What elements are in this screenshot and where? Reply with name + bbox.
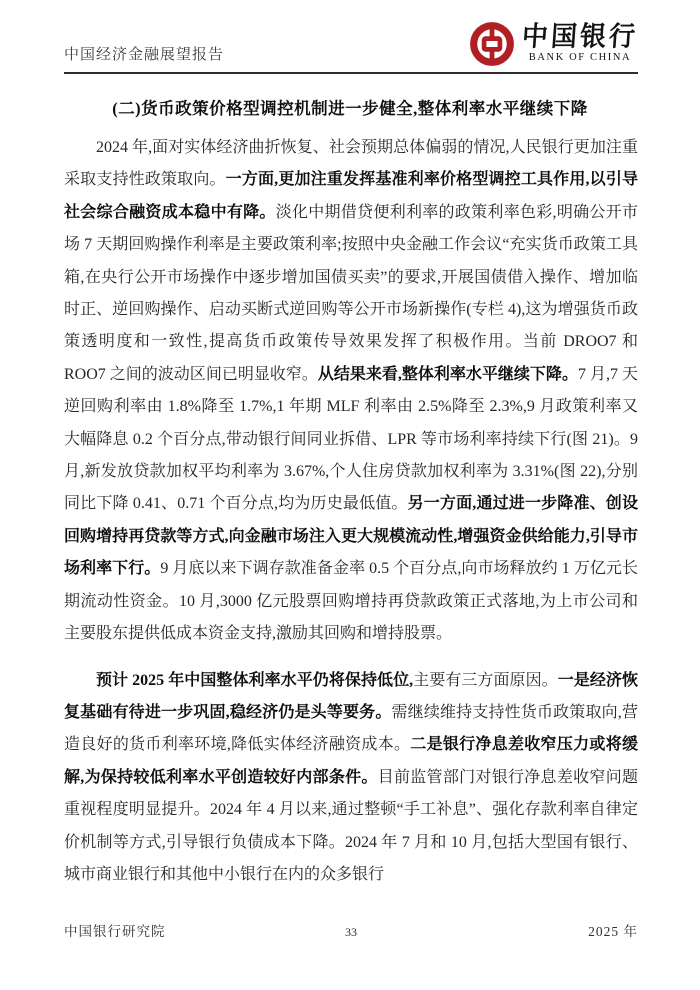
paragraph: 2024 年,面对实体经济曲折恢复、社会预期总体偏弱的情况,人民银行更加注重采取… xyxy=(64,132,638,651)
boc-logo-wordmark: 中国银行 BANK OF CHINA xyxy=(522,24,638,64)
footer-page-number: 33 xyxy=(345,925,357,940)
boc-logo-cn-name: 中国银行 xyxy=(521,24,639,51)
page-header: 中国经济金融展望报告 中国银行 BANK OF CHINA xyxy=(0,0,700,72)
boc-logo: 中国银行 BANK OF CHINA xyxy=(469,21,638,67)
report-title: 中国经济金融展望报告 xyxy=(64,43,224,67)
section-heading: (二)货币政策价格型调控机制进一步健全,整体利率水平继续下降 xyxy=(62,95,638,119)
footer-institute: 中国银行研究院 xyxy=(64,920,345,940)
text-segment: 主要有三方面原因。 xyxy=(413,672,558,689)
page-footer: 中国银行研究院 33 2025 年 xyxy=(64,920,638,940)
bold-text-segment: 从结果来看,整体利率水平继续下降。 xyxy=(318,366,578,383)
boc-coin-icon xyxy=(469,21,515,67)
footer-year: 2025 年 xyxy=(357,920,638,940)
header-divider xyxy=(64,72,638,74)
text-segment: 7 月,7 天逆回购利率由 1.8%降至 1.7%,1 年期 MLF 利率由 2… xyxy=(64,366,638,513)
body-text: 2024 年,面对实体经济曲折恢复、社会预期总体偏弱的情况,人民银行更加注重采取… xyxy=(0,132,700,891)
bold-text-segment: 预计 2025 年中国整体利率水平仍将保持低位, xyxy=(96,672,413,689)
boc-logo-en-name: BANK OF CHINA xyxy=(529,53,631,64)
document-page: 中国经济金融展望报告 中国银行 BANK OF CHINA (二)货币政策价格型… xyxy=(0,0,700,990)
paragraph: 预计 2025 年中国整体利率水平仍将保持低位,主要有三方面原因。一是经济恢复基… xyxy=(64,665,638,892)
text-segment: 淡化中期借贷便利利率的政策利率色彩,明确公开市场 7 天期回购操作利率是主要政策… xyxy=(64,204,638,383)
